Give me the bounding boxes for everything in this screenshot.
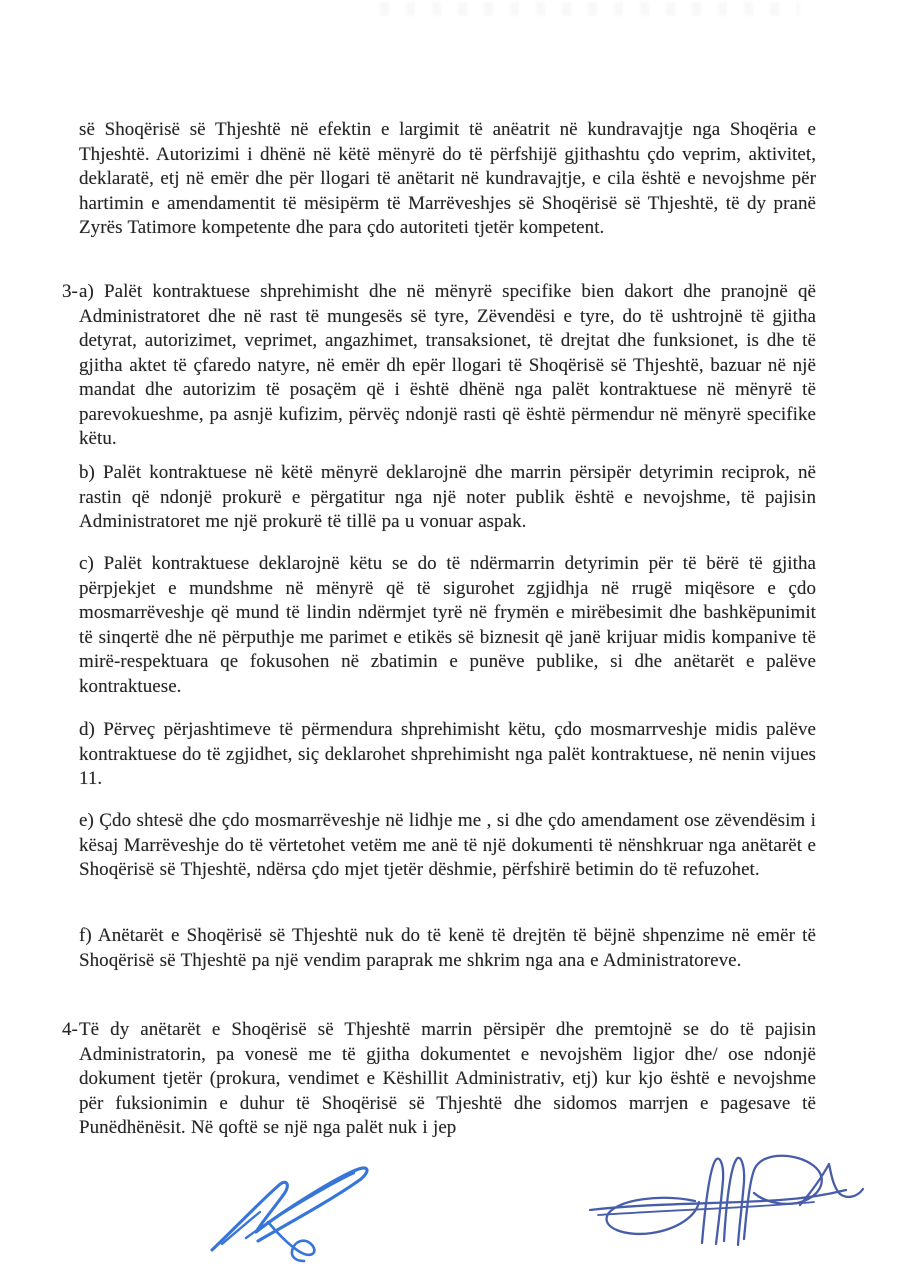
signature-stroke [268,1222,314,1261]
paragraph-text: a) Palët kontraktuese shprehimisht dhe n… [79,281,816,449]
paragraph-text: e) Çdo shtesë dhe çdo mosmarrëveshje në … [79,810,816,880]
signature-stroke [702,1159,723,1244]
signature-stroke [590,1190,846,1210]
left-signature [212,1168,367,1261]
signature-stroke [744,1156,822,1239]
numbered-item-3a: 3- a) Palët kontraktuese shprehimisht dh… [79,280,816,452]
signature-stroke [800,1164,863,1205]
signature-stroke [607,1198,699,1234]
signature-stroke [724,1158,744,1245]
scan-artifact [380,2,800,16]
signature-stroke [598,1202,814,1215]
clause-f: f) Anëtarët e Shoqërisë së Thjeshtë nuk … [79,924,816,973]
clause-c: c) Palët kontraktuese deklarojnë këtu se… [79,552,816,699]
paragraph-text: Të dy anëtarët e Shoqërisë së Thjeshtë m… [79,1019,816,1138]
paragraph-text: së Shoqërisë së Thjeshtë në efektin e la… [79,119,816,238]
paragraph-text: b) Palët kontraktuese në këtë mënyrë dek… [79,462,816,532]
clause-d: d) Përveç përjashtimeve të përmendura sh… [79,718,816,792]
signature-stroke [222,1212,260,1244]
item-number: 4- [62,1018,78,1043]
clause-b: b) Palët kontraktuese në këtë mënyrë dek… [79,461,816,535]
item-number: 3- [62,280,78,305]
clause-e: e) Çdo shtesë dhe çdo mosmarrëveshje në … [79,809,816,883]
paragraph-continuation: së Shoqërisë së Thjeshtë në efektin e la… [79,118,816,241]
paragraph-text: c) Palët kontraktuese deklarojnë këtu se… [79,553,816,697]
right-signature [590,1156,863,1245]
document-page: së Shoqërisë së Thjeshtë në efektin e la… [0,0,900,1273]
signature-stroke [246,1173,354,1238]
signature-stroke [212,1168,367,1250]
paragraph-text: f) Anëtarët e Shoqërisë së Thjeshtë nuk … [79,925,816,971]
numbered-item-4: 4- Të dy anëtarët e Shoqërisë së Thjesht… [79,1018,816,1141]
paragraph-text: d) Përveç përjashtimeve të përmendura sh… [79,719,816,789]
